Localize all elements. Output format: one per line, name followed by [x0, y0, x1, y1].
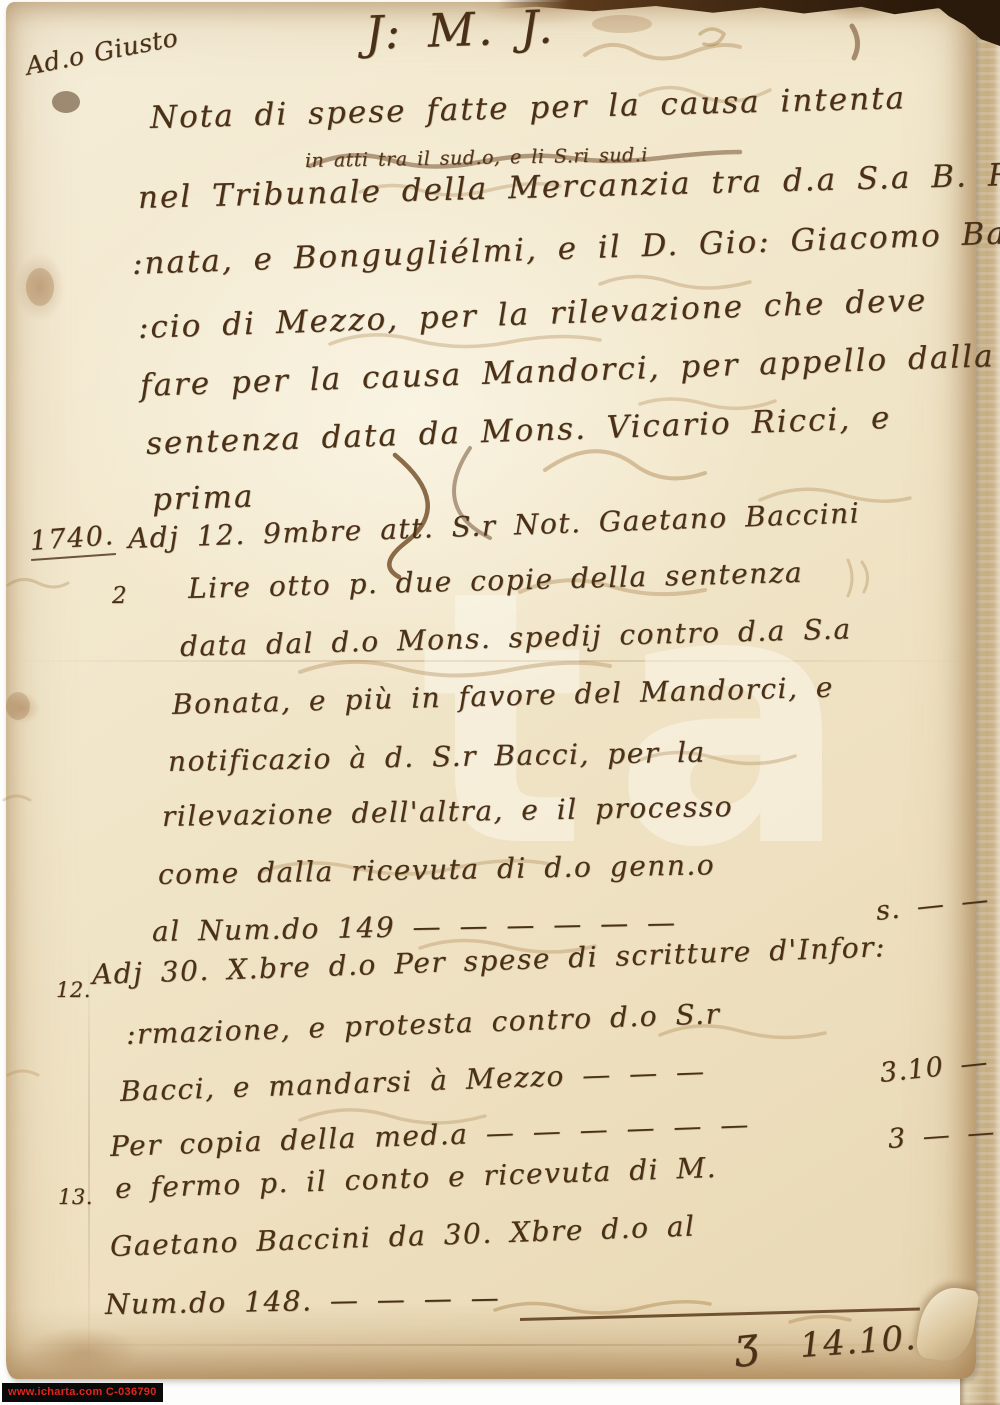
scanned-manuscript: ta [0, 0, 1000, 1405]
total-currency-symbol: Ʒ [732, 1325, 762, 1376]
heading-invocation: J: M. J. [364, 0, 556, 60]
watermark-credit-label: www.icharta.com C-036790 [2, 1383, 163, 1402]
margin-entry-number: 2 [112, 583, 127, 609]
manuscript-line: prima [151, 478, 255, 518]
crease-line [6, 660, 976, 662]
crease-line [88, 942, 90, 1377]
margin-entry-number: 13. [58, 1185, 93, 1209]
entry-date-year: 1740. [29, 520, 116, 561]
margin-entry-number: 12. [56, 978, 91, 1002]
manuscript-line: Num.do 148. — — — — [105, 1281, 501, 1321]
